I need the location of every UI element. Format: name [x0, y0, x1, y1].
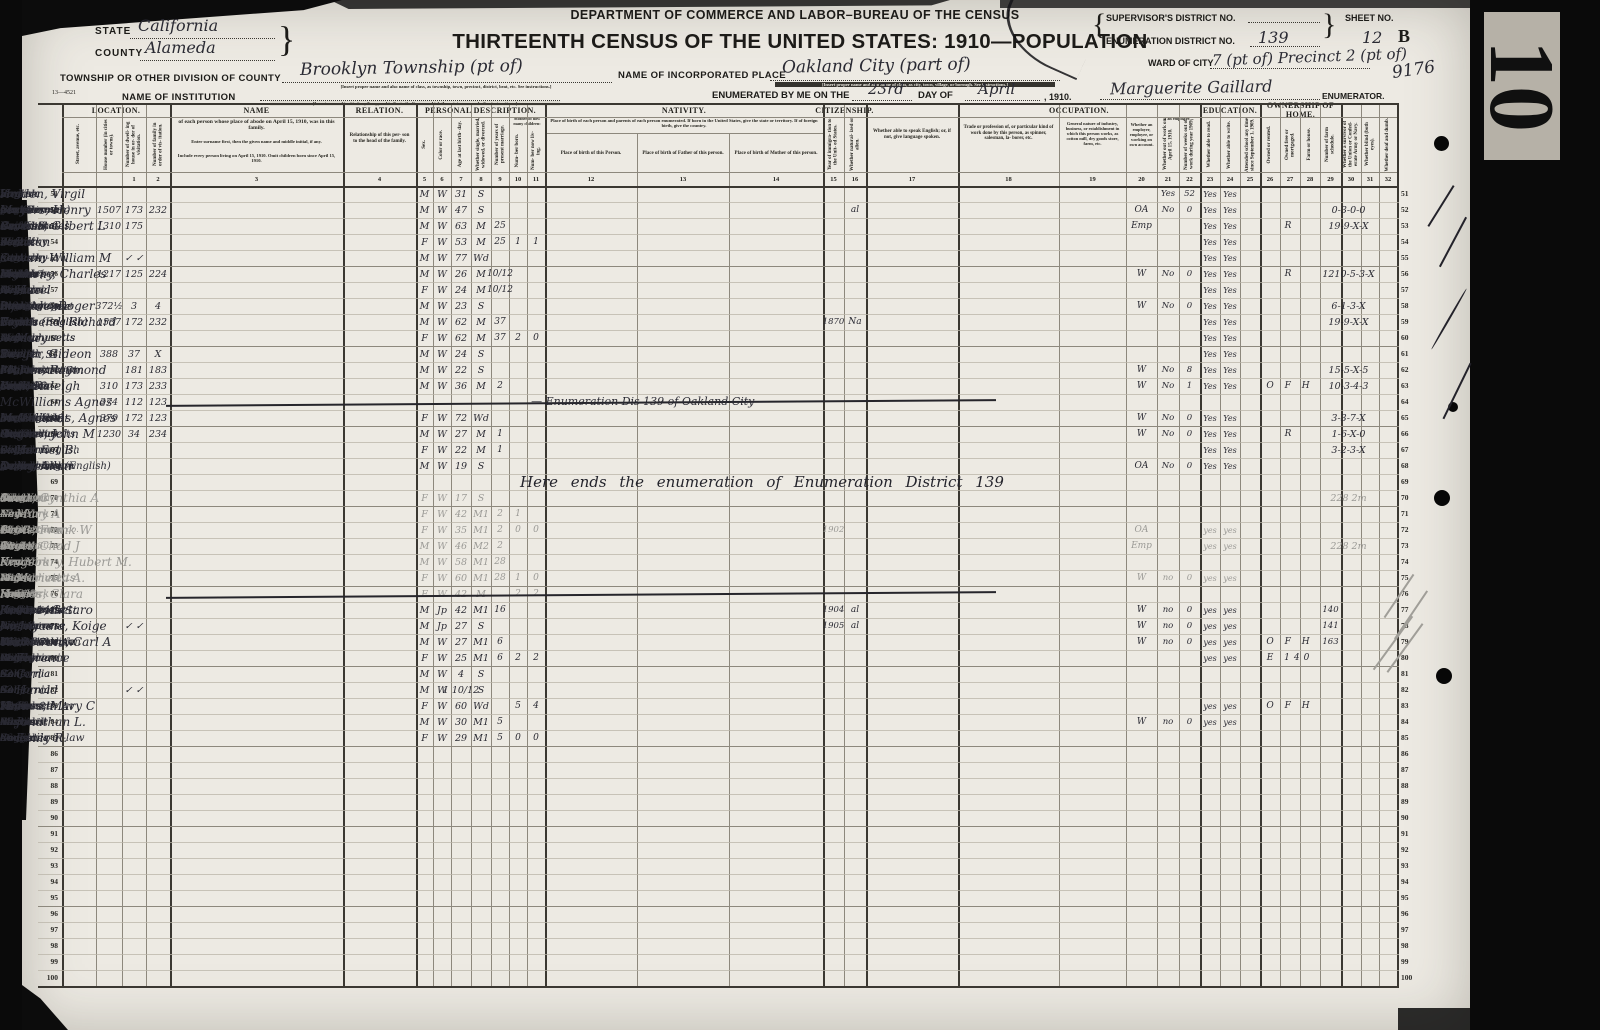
cell-industry: 14-5-7-X: [0, 586, 65, 602]
cell-tally: 228 2m: [1300, 490, 1397, 506]
cell-children-living: 4: [527, 698, 545, 714]
cell-children-born: 5: [509, 698, 527, 714]
row-number-right: 70: [1401, 493, 1421, 505]
cell-tally: 3-2-3-X: [1300, 442, 1397, 458]
column-number-color: 6: [433, 172, 451, 186]
column-header-label: Whether blind (both eyes).: [1365, 117, 1376, 172]
grid-row-line: [38, 554, 1399, 555]
cell-naturalized: al: [844, 202, 866, 218]
row-number-right: 84: [1401, 717, 1421, 729]
cell-age: 42: [451, 506, 471, 522]
grid-row-line: [38, 698, 1399, 699]
grid-row-line: [38, 586, 1399, 587]
cell-can-read: Yes: [1200, 410, 1220, 426]
cell-marital: Wd: [471, 410, 491, 426]
column-group-relation: RELATION.: [343, 103, 416, 117]
cell-employer: OA: [1126, 458, 1157, 474]
column-number-rel: 4: [343, 172, 416, 186]
grid-bottom: [38, 986, 1399, 988]
column-header-label: Whether deaf and dumb.: [1385, 118, 1390, 172]
cell-sex: F: [416, 410, 433, 426]
cell-color: W: [433, 538, 451, 554]
cell-employer: W: [1126, 570, 1157, 586]
cell-age: 46: [451, 538, 471, 554]
cell-farm-schedule: 140: [1320, 602, 1341, 618]
cell-age: 19: [451, 458, 471, 474]
hole-punch: [1434, 136, 1449, 151]
grid-vline: [1179, 103, 1180, 986]
row-number-right: 93: [1401, 861, 1421, 873]
cell-children-living: 2: [527, 650, 545, 666]
row-annotation-right: ✓: [0, 186, 50, 202]
cell-weeks-out: 52: [1179, 186, 1200, 202]
cell-sex: M: [416, 298, 433, 314]
cell-employer: W: [1126, 298, 1157, 314]
row-number-left: 98: [38, 941, 58, 953]
grid-vline: [1260, 103, 1262, 986]
grid-row-line: [38, 890, 1399, 891]
column-number-sched: 29: [1320, 172, 1341, 186]
cell-age: 23: [451, 298, 471, 314]
row-number-left: 91: [38, 829, 58, 841]
cell-tally: 0-3-0-0: [1300, 202, 1397, 218]
column-header-dw: Number of dwell- ing house in or- der of…: [122, 117, 146, 172]
row-number-left: 97: [38, 925, 58, 937]
column-number-mar: 8: [471, 172, 491, 186]
cell-children-born: 2: [509, 330, 527, 346]
cell-weeks-out: 0: [1179, 714, 1200, 730]
column-group-name: NAME: [170, 103, 343, 117]
column-header-label: Owned or rented.: [1267, 126, 1272, 163]
cell-color: W: [433, 330, 451, 346]
grid-vline: [1157, 103, 1158, 986]
grid-row-line: [38, 954, 1399, 955]
cell-marital: M: [471, 426, 491, 442]
cell-can-write: Yes: [1220, 426, 1240, 442]
cell-sex: M: [416, 634, 433, 650]
cell-marital: Wd: [471, 698, 491, 714]
column-number-sex: 5: [416, 172, 433, 186]
cell-color: W: [433, 714, 451, 730]
cell-years-married: 10/12: [491, 266, 509, 282]
row-number-right: 85: [1401, 733, 1421, 745]
cell-employer: Emp: [1126, 538, 1157, 554]
cell-can-read: yes: [1200, 634, 1220, 650]
cell-can-write: Yes: [1220, 442, 1240, 458]
column-header-label: Owned free or mortgaged.: [1285, 117, 1296, 172]
cell-years-married: 10/12: [491, 282, 509, 298]
column-header-wr: Whether able to write.: [1220, 117, 1240, 172]
cell-employer: W: [1126, 362, 1157, 378]
cell-age: 60: [451, 698, 471, 714]
cell-can-read: Yes: [1200, 234, 1220, 250]
cell-sex: F: [416, 234, 433, 250]
grid-row-line: [38, 506, 1399, 507]
cell-street: Sixth: [0, 442, 140, 458]
column-header-surv: Whether a survivor of the Union or Confe…: [1341, 117, 1361, 172]
column-number-wks: 22: [1179, 172, 1200, 186]
cell-years-married: 1: [491, 442, 509, 458]
cell-sex: M: [416, 362, 433, 378]
cell-marital: M: [471, 442, 491, 458]
column-number-age: 7: [451, 172, 471, 186]
row-number-right: 69: [1401, 477, 1421, 489]
column-number-emp: 20: [1126, 172, 1157, 186]
column-header-sex: Sex.: [416, 117, 433, 172]
cell-marital: M: [471, 330, 491, 346]
cell-can-write: Yes: [1220, 250, 1240, 266]
column-header-label: Num- ber now liv- ing.: [531, 130, 542, 172]
cell-sex: M: [416, 458, 433, 474]
row-number-right: 80: [1401, 653, 1421, 665]
column-number-fbp: 13: [637, 172, 729, 186]
cell-can-read: Yes: [1200, 186, 1220, 202]
row-number-right: 97: [1401, 925, 1421, 937]
cell-children-born: 2: [509, 650, 527, 666]
cell-color: W: [433, 730, 451, 746]
cell-can-write: Yes: [1220, 234, 1240, 250]
column-number-bp: 12: [545, 172, 637, 186]
grid-vline: [844, 103, 845, 986]
row-number-left: 86: [38, 749, 58, 761]
column-header-street: Street, avenue, etc.: [62, 117, 96, 172]
cell-sex: M: [416, 554, 433, 570]
column-number-yrs: 9: [491, 172, 509, 186]
grid-vline: [170, 103, 172, 986]
row-number-right: 87: [1401, 765, 1421, 777]
row-number-left: 93: [38, 861, 58, 873]
column-header-bp: Place of birth of this Person.: [547, 135, 635, 172]
cell-color: W: [433, 346, 451, 362]
cell-years-married: 16: [491, 602, 509, 618]
row-number-left: 95: [38, 893, 58, 905]
column-number-trade: 18: [958, 172, 1059, 186]
cell-naturalized: Na: [844, 314, 866, 330]
column-header-label: Street, avenue, etc.: [76, 124, 81, 164]
grid-groupline: [62, 117, 1397, 118]
column-group-education: EDUCATION.: [1200, 103, 1260, 117]
cell-years-married: 5: [491, 714, 509, 730]
cell-immigration-year: 1905: [821, 618, 846, 634]
column-number-fam: 2: [146, 172, 170, 186]
grid-vline: [866, 103, 868, 986]
cell-weeks-out: 0: [1179, 410, 1200, 426]
cell-employer: OA: [1126, 522, 1157, 538]
cell-marital: M1: [471, 650, 491, 666]
column-group-occupation: OCCUPATION.: [958, 103, 1200, 117]
cell-weeks-out: 0: [1179, 202, 1200, 218]
row-number-right: 55: [1401, 253, 1421, 265]
cell-color: W: [433, 442, 451, 458]
column-header-label: Whether out of work on April 15, 1910.: [1163, 117, 1174, 172]
cell-weeks-out: 8: [1179, 362, 1200, 378]
grid-row-line: [38, 330, 1399, 331]
column-header-label: House number (in cities or towns).: [104, 117, 115, 172]
row64-overlay: — Enumeration Dis 139 of Oakland City —: [300, 395, 1000, 411]
cell-out-of-work: no: [1157, 618, 1179, 634]
cell-years-married: 5: [491, 730, 509, 746]
column-group-personal: PERSONAL DESCRIPTION.: [416, 103, 545, 117]
cell-sex: M: [416, 250, 433, 266]
column-header-sched: Number of farm schedule.: [1320, 117, 1341, 172]
cell-can-read: Yes: [1200, 314, 1220, 330]
cell-marital: M1: [471, 730, 491, 746]
column-header-mbp: Place of birth of Mother of this person.: [731, 135, 821, 172]
cell-color: W: [433, 458, 451, 474]
name-column-note2: Include every person living on April 15,…: [176, 153, 337, 165]
cell-naturalized: al: [844, 618, 866, 634]
cell-years-married: 37: [491, 330, 509, 346]
column-header-deaf: Whether deaf and dumb.: [1379, 117, 1397, 172]
row-annotation-right: 94: [0, 698, 50, 714]
column-number-mbp: 14: [729, 172, 823, 186]
cell-age: 63: [451, 218, 471, 234]
row-number-right: 65: [1401, 413, 1421, 425]
grid-row-line: [38, 666, 1399, 667]
row-number-right: 100: [1401, 973, 1421, 985]
cell-can-write: yes: [1220, 698, 1240, 714]
row-number-right: 83: [1401, 701, 1421, 713]
cell-can-read: Yes: [1200, 266, 1220, 282]
grid-row-line: [38, 730, 1399, 731]
cell-industry: steam boat: [0, 426, 65, 442]
cell-weeks-out: 1: [1179, 378, 1200, 394]
column-header-fbp: Place of birth of Father of this person.: [639, 135, 727, 172]
cell-tally: 10-3-4-3: [1300, 378, 1397, 394]
cell-street: 864-E 14th St: [0, 602, 140, 618]
row-annotation-right: 48: [0, 522, 50, 538]
cell-marital: S: [471, 202, 491, 218]
cell-sex: F: [416, 490, 433, 506]
hole-punch: [1434, 490, 1450, 506]
column-header-label: Whether able to read.: [1207, 121, 1212, 167]
column-header-farm: Farm or house.: [1300, 117, 1320, 172]
cell-can-write: yes: [1220, 618, 1240, 634]
cell-can-write: Yes: [1220, 378, 1240, 394]
cell-sex: F: [416, 570, 433, 586]
grid-row-line: [38, 858, 1399, 859]
row-number-right: 86: [1401, 749, 1421, 761]
column-header-ind: General nature of industry, business, or…: [1061, 121, 1124, 173]
row-number-right: 74: [1401, 557, 1421, 569]
cell-children-born: 1: [509, 506, 527, 522]
cell-color: W: [433, 234, 451, 250]
grid-row-line: [38, 538, 1399, 539]
cell-out-of-work: no: [1157, 634, 1179, 650]
cell-can-write: Yes: [1220, 458, 1240, 474]
column-header-eng: Whether able to speak English; or, if no…: [869, 129, 955, 169]
grid-row-line: [38, 826, 1399, 827]
row-annotation-right: 90: [0, 634, 50, 650]
cell-weeks-out: 0: [1179, 426, 1200, 442]
census-scan: { "header": { "form_code": "13\u20144521…: [0, 0, 1600, 1030]
column-header-label: Farm or house.: [1307, 128, 1312, 161]
cell-tally: 1-6-X-0: [1300, 426, 1397, 442]
row-annotation-right: 46: [0, 490, 50, 506]
cell-can-read: yes: [1200, 570, 1220, 586]
cell-marital: M1: [471, 570, 491, 586]
cell-color: W: [433, 186, 451, 202]
row-annotation-right: ✓: [0, 362, 50, 378]
cell-can-write: yes: [1220, 538, 1240, 554]
cell-employer: W: [1126, 618, 1157, 634]
cell-industry: 3-8-7-X: [0, 570, 65, 586]
cell-color: W: [433, 266, 451, 282]
row-number-right: 59: [1401, 317, 1421, 329]
column-header-house: House number (in cities or towns).: [96, 117, 122, 172]
cell-tally: 15-5-X-5: [1300, 362, 1397, 378]
row-number-right: 53: [1401, 221, 1421, 233]
cell-out-of-work: No: [1157, 266, 1179, 282]
cell-can-write: Yes: [1220, 282, 1240, 298]
cell-weeks-out: 0: [1179, 602, 1200, 618]
row-annotation-right: ✓: [0, 202, 50, 218]
cell-color: W: [433, 698, 451, 714]
row-number-right: 51: [1401, 189, 1421, 201]
name-column-note1: Enter surname first, then the given name…: [176, 139, 337, 149]
cell-street: Twelfth St: [0, 346, 140, 362]
cell-street: Sixteenth St: [0, 410, 140, 426]
grid-row-line: [38, 650, 1399, 651]
cell-color: W: [433, 634, 451, 650]
grid-row-line: [38, 906, 1399, 907]
cell-sex: F: [416, 650, 433, 666]
row-number-left: 89: [38, 797, 58, 809]
cell-employer: W: [1126, 378, 1157, 394]
cell-color: W: [433, 554, 451, 570]
grid-row-line: [38, 218, 1399, 219]
cell-marital: S: [471, 490, 491, 506]
cell-marital: M1: [471, 506, 491, 522]
cell-street: Avenue: [0, 282, 140, 298]
row-number-right: 96: [1401, 909, 1421, 921]
grid-row-line: [38, 842, 1399, 843]
cell-out-of-work: No: [1157, 458, 1179, 474]
grid-row-line: [38, 346, 1399, 347]
grid-vline: [823, 103, 825, 986]
cell-employer: W: [1126, 410, 1157, 426]
cell-age: 22: [451, 362, 471, 378]
row-annotation-right: ✓: [0, 266, 50, 282]
cell-age: 27: [451, 426, 471, 442]
column-number-blind: 31: [1361, 172, 1379, 186]
cell-can-write: Yes: [1220, 362, 1240, 378]
row-number-left: 100: [38, 973, 58, 985]
cell-immigration-year: 1902: [821, 522, 846, 538]
cell-weeks-out: 0: [1179, 298, 1200, 314]
row-annotation-right: 49: [0, 538, 50, 554]
column-header-label: Year of immigra- tion to the Unit- ed St…: [828, 117, 839, 172]
cell-sex: M: [416, 314, 433, 330]
row-number-right: 94: [1401, 877, 1421, 889]
grid-row-line: [38, 682, 1399, 683]
grid-row-line: [38, 922, 1399, 923]
cell-sex: M: [416, 618, 433, 634]
cell-sex: F: [416, 506, 433, 522]
cell-sex: F: [416, 730, 433, 746]
cell-years-married: 6: [491, 634, 509, 650]
cell-farm-schedule: 163: [1320, 634, 1341, 650]
column-header-own: Owned or rented.: [1260, 117, 1280, 172]
cell-age: 26: [451, 266, 471, 282]
cell-sex: M: [416, 266, 433, 282]
row-number-left: 88: [38, 781, 58, 793]
cell-street: Street: [0, 234, 140, 250]
cell-tally: 6-1-3-X: [1300, 298, 1397, 314]
column-number-cb: 10: [509, 172, 527, 186]
row-number-right: 82: [1401, 685, 1421, 697]
cell-age: 24: [451, 346, 471, 362]
cell-can-read: Yes: [1200, 426, 1220, 442]
cell-years-married: 25: [491, 218, 509, 234]
column-header-color: Color or race.: [433, 117, 451, 172]
row-annotation-right: 96: [0, 730, 50, 746]
column-number-wr: 24: [1220, 172, 1240, 186]
cell-marital: S: [471, 618, 491, 634]
cell-age: 29: [451, 730, 471, 746]
cell-age: 17: [451, 490, 471, 506]
cell-children-living: 0: [527, 570, 545, 586]
cell-marital: M1: [471, 634, 491, 650]
cell-can-write: Yes: [1220, 314, 1240, 330]
cell-can-write: Yes: [1220, 330, 1240, 346]
column-number-dw: 1: [122, 172, 146, 186]
column-header-label: Number of weeks out of work during year …: [1184, 117, 1195, 172]
cell-employer: W: [1126, 714, 1157, 730]
cell-industry: landscaping: [0, 618, 65, 634]
cell-employer: Emp: [1126, 218, 1157, 234]
column-number-deaf: 32: [1379, 172, 1397, 186]
cell-color: W: [433, 250, 451, 266]
cell-sex: M: [416, 202, 433, 218]
cell-can-read: Yes: [1200, 218, 1220, 234]
column-header-sch: Attended school any time since September…: [1240, 117, 1260, 172]
cell-marital: S: [471, 362, 491, 378]
cell-can-read: Yes: [1200, 458, 1220, 474]
cell-color: W: [433, 490, 451, 506]
cell-marital: M1: [471, 714, 491, 730]
cell-out-of-work: no: [1157, 570, 1179, 586]
cell-can-read: yes: [1200, 538, 1220, 554]
column-header-label: Color or race.: [439, 130, 444, 160]
cell-can-read: Yes: [1200, 298, 1220, 314]
cell-can-read: yes: [1200, 714, 1220, 730]
column-number-eng: 17: [866, 172, 958, 186]
column-number-street: [62, 172, 96, 186]
cell-tally: 3-3-7-X: [1300, 410, 1397, 426]
column-header-nat: Whether natural- ized or alien.: [844, 117, 866, 172]
cell-tally: 19-9-X-X: [1300, 314, 1397, 330]
grid-vline: [343, 103, 345, 986]
cell-color: W: [433, 314, 451, 330]
cell-can-read: yes: [1200, 698, 1220, 714]
cell-immigration-year: 1870: [821, 314, 846, 330]
cell-sex: F: [416, 442, 433, 458]
cell-sex: F: [416, 282, 433, 298]
column-number-free: 27: [1280, 172, 1300, 186]
cell-color: Jp: [433, 618, 451, 634]
row-number-left: 90: [38, 813, 58, 825]
row-number-right: 64: [1401, 397, 1421, 409]
column-number-farm: 28: [1300, 172, 1320, 186]
cell-color: W: [433, 522, 451, 538]
cell-children-living: 0: [527, 522, 545, 538]
cell-age: 62: [451, 330, 471, 346]
grid-row-line: [38, 794, 1399, 795]
column-number-rd: 23: [1200, 172, 1220, 186]
column-header-emp: Whether an employer, employee, or workin…: [1127, 123, 1156, 173]
row-number-left: 94: [38, 877, 58, 889]
